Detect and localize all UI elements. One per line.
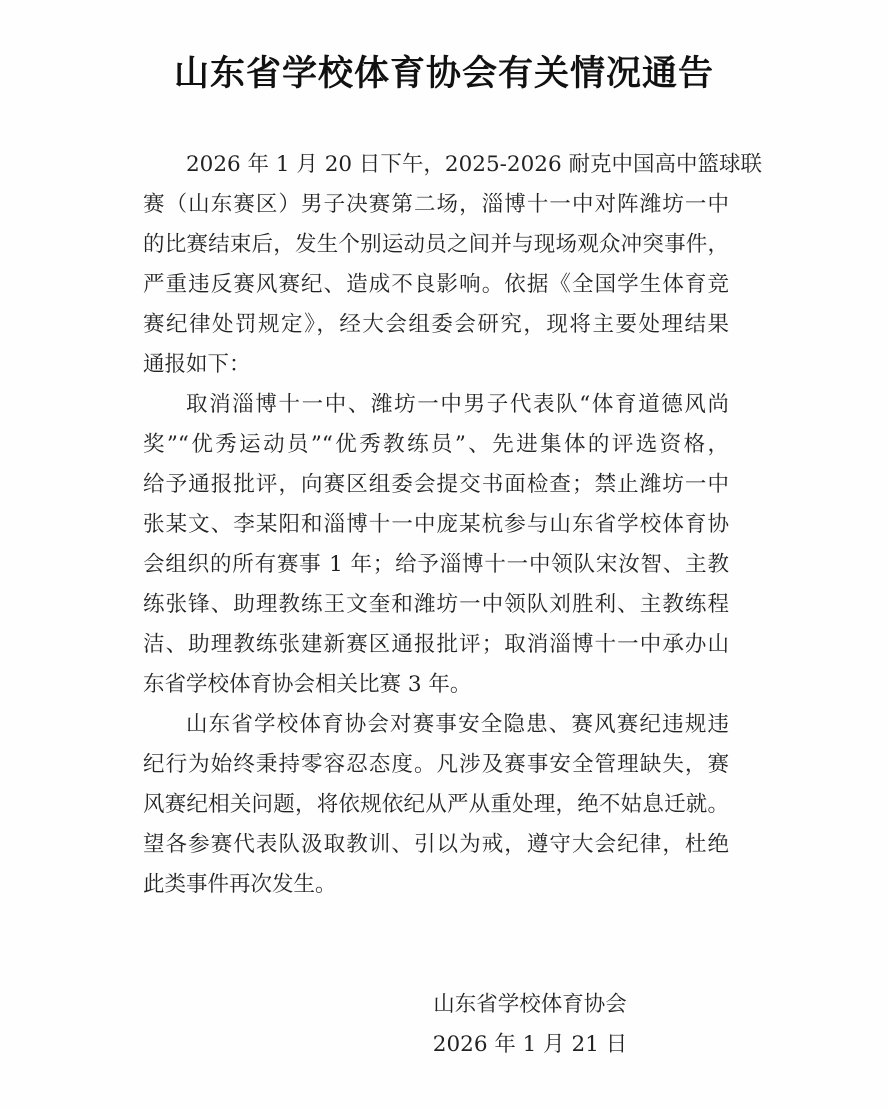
text-line: 洁、助理教练张建新赛区通报批评；取消淄博十一中承办山 (143, 625, 729, 665)
text-line: 此类事件再次发生。 (143, 865, 729, 905)
text-line: 通报如下： (143, 345, 729, 385)
text-line: 山东省学校体育协会对赛事安全隐患、赛风赛纪违规违 (143, 705, 729, 745)
paragraph-statement: 山东省学校体育协会对赛事安全隐患、赛风赛纪违规违 纪行为始终秉持零容忍态度。凡涉… (143, 705, 729, 905)
text-line: 奖”“优秀运动员”“优秀教练员”、先进集体的评选资格， (143, 425, 729, 465)
text-line: 赛（山东赛区）男子决赛第二场，淄博十一中对阵潍坊一中 (143, 185, 729, 225)
text-line: 风赛纪相关问题，将依规依纪从严从重处理，绝不姑息迁就。 (143, 785, 729, 825)
signature-organization: 山东省学校体育协会 (400, 985, 660, 1025)
text-line: 纪行为始终秉持零容忍态度。凡涉及赛事安全管理缺失，赛 (143, 745, 729, 785)
paragraph-incident: 2026 年 1 月 20 日下午，2025-2026 耐克中国高中篮球联 赛（… (143, 145, 729, 385)
text-line: 望各参赛代表队汲取教训、引以为戒，遵守大会纪律，杜绝 (143, 825, 729, 865)
paragraph-penalties: 取消淄博十一中、潍坊一中男子代表队“体育道德风尚 奖”“优秀运动员”“优秀教练员… (143, 385, 729, 705)
text-line: 严重违反赛风赛纪、造成不良影响。依据《全国学生体育竞 (143, 265, 729, 305)
signature-date: 2026 年 1 月 21 日 (400, 1025, 660, 1065)
document-body: 2026 年 1 月 20 日下午，2025-2026 耐克中国高中篮球联 赛（… (143, 145, 729, 905)
text-line: 会组织的所有赛事 1 年；给予淄博十一中领队宋汝智、主教 (143, 545, 729, 585)
text-line: 练张锋、助理教练王文奎和潍坊一中领队刘胜利、主教练程 (143, 585, 729, 625)
text-line: 的比赛结束后，发生个别运动员之间并与现场观众冲突事件， (143, 225, 729, 265)
text-line: 东省学校体育协会相关比赛 3 年。 (143, 665, 729, 705)
text-line: 给予通报批评，向赛区组委会提交书面检查；禁止潍坊一中 (143, 465, 729, 505)
document-title: 山东省学校体育协会有关情况通告 (0, 50, 888, 98)
text-line: 2026 年 1 月 20 日下午，2025-2026 耐克中国高中篮球联 (143, 145, 729, 185)
text-line: 取消淄博十一中、潍坊一中男子代表队“体育道德风尚 (143, 385, 729, 425)
document-page: 山东省学校体育协会有关情况通告 2026 年 1 月 20 日下午，2025-2… (0, 0, 888, 1109)
text-line: 赛纪律处罚规定》，经大会组委会研究，现将主要处理结果 (143, 305, 729, 345)
text-line: 张某文、李某阳和淄博十一中庞某杭参与山东省学校体育协 (143, 505, 729, 545)
